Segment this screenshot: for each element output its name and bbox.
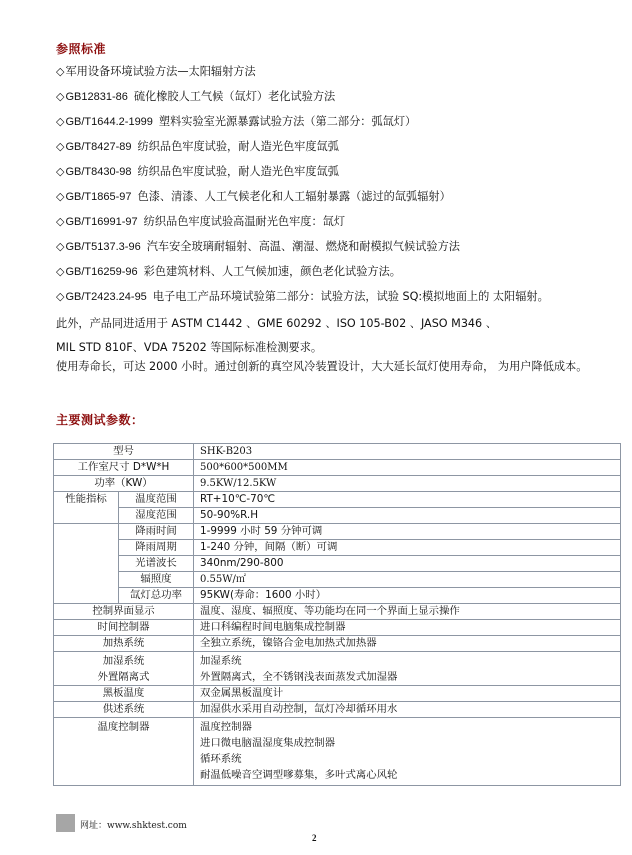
standard-text: 电子电工产品环境试验第二部分：试验方法，试验 SQ:模拟地面上的 太阳辐射。 xyxy=(153,290,549,303)
spec-value: 9.5KW/12.5KW xyxy=(194,476,621,492)
standard-item: ◇GB/T1865-97色漆、清漆、人工气候老化和人工辐射暴露（滤过的氙弧辐射） xyxy=(56,190,451,204)
spec-sublabel: 降雨周期 xyxy=(119,540,194,556)
table-row: 降雨周期 1-240 分钟，间隔（断）可调 xyxy=(54,540,621,556)
spec-sublabel: 降雨时间 xyxy=(119,524,194,540)
spec-value: 加湿系统 外置隔离式，全不锈钢浅表面蒸发式加湿器 xyxy=(194,652,621,686)
table-row: 性能指标 温度范围 RT+10℃-70℃ xyxy=(54,492,621,508)
spec-value-line: 循环系统 xyxy=(200,751,614,767)
table-row: 型号 SHK-B203 xyxy=(54,444,621,460)
spec-value: 50-90%R.H xyxy=(194,508,621,524)
spec-value: 温度控制器 进口微电脑温湿度集成控制器 循环系统 耐温低噪音空调型嗲募集，多叶式… xyxy=(194,718,621,786)
spec-value-line: 耐温低噪音空调型嗲募集，多叶式离心风轮 xyxy=(200,767,614,783)
table-row: 氙灯总功率 95KW(寿命：1600 小时） xyxy=(54,588,621,604)
standard-code: GB/T1644.2-1999 xyxy=(65,116,152,128)
diamond-bullet-icon: ◇ xyxy=(56,90,64,103)
standard-text: 军用设备环境试验方法—太阳辐射方法 xyxy=(65,65,255,78)
standard-code: GB/T2423.24-95 xyxy=(65,291,146,303)
standard-item: ◇GB12831-86硫化橡胶人工气候（氙灯）老化试验方法 xyxy=(56,90,335,104)
spec-label: 供述系统 xyxy=(54,702,194,718)
diamond-bullet-icon: ◇ xyxy=(56,215,64,228)
standard-code: GB/T1865-97 xyxy=(65,191,131,203)
table-row: 功率（KW） 9.5KW/12.5KW xyxy=(54,476,621,492)
spec-value: 全独立系统，镍铬合金电加热式加热器 xyxy=(194,636,621,652)
table-row: 湿度范围 50-90%R.H xyxy=(54,508,621,524)
standard-item: ◇军用设备环境试验方法—太阳辐射方法 xyxy=(56,65,256,79)
page-number: 2 xyxy=(312,833,317,843)
diamond-bullet-icon: ◇ xyxy=(56,115,64,128)
standard-item: ◇GB/T5137.3-96汽车安全玻璃耐辐射、高温、潮湿、燃烧和耐模拟气候试验… xyxy=(56,240,460,254)
table-row: 降雨时间 1-9999 小时 59 分钟可调 xyxy=(54,524,621,540)
section-heading-main-test-parameters: 主要测试参数： xyxy=(56,411,144,428)
diamond-bullet-icon: ◇ xyxy=(56,240,64,253)
spec-value: RT+10℃-70℃ xyxy=(194,492,621,508)
standard-text: 纺织品色牢度试验高温耐光色牢度：氙灯 xyxy=(144,215,345,228)
table-row: 时间控制器 进口科编程时间电脑集成控制器 xyxy=(54,620,621,636)
standard-text: 硫化橡胶人工气候（氙灯）老化试验方法 xyxy=(134,90,335,103)
standard-code: GB/T5137.3-96 xyxy=(65,241,140,253)
standard-text: 塑料实验室光源暴露试验方法（第二部分：弧氙灯） xyxy=(159,115,416,128)
spec-label: 工作室尺寸 D*W*H xyxy=(54,460,194,476)
diamond-bullet-icon: ◇ xyxy=(56,190,64,203)
spec-value: 340nm/290-800 xyxy=(194,556,621,572)
standard-text: 汽车安全玻璃耐辐射、高温、潮湿、燃烧和耐模拟气候试验方法 xyxy=(147,240,460,253)
table-row: 加热系统 全独立系统，镍铬合金电加热式加热器 xyxy=(54,636,621,652)
spec-label: 型号 xyxy=(54,444,194,460)
spec-value: 温度、湿度、辐照度、等功能均在同一个界面上显示操作 xyxy=(194,604,621,620)
spec-sublabel: 湿度范围 xyxy=(119,508,194,524)
spec-value-line: 进口微电脑温湿度集成控制器 xyxy=(200,735,614,751)
standard-text: 纺织品色牢度试验，耐人造光色牢度氙弧 xyxy=(138,165,339,178)
spec-label-line: 加湿系统 xyxy=(60,653,187,669)
paragraph-line: 此外，产品同进适用于 ASTM C1442 、GME 60292 、ISO 10… xyxy=(56,317,497,331)
spec-value: 0.55W/㎡ xyxy=(194,572,621,588)
spec-value: 加湿供水采用自动控制，氙灯冷却循环用水 xyxy=(194,702,621,718)
paragraph-line: 使用寿命长，可达 2000 小时。通过创新的真空风冷装置设计，大大延长氙灯使用寿… xyxy=(56,360,587,374)
spec-value: SHK-B203 xyxy=(194,444,621,460)
table-row: 温度控制器 温度控制器 进口微电脑温湿度集成控制器 循环系统 耐温低噪音空调型嗲… xyxy=(54,718,621,786)
table-row: 供述系统 加湿供水采用自动控制，氙灯冷却循环用水 xyxy=(54,702,621,718)
standard-item: ◇GB/T16991-97纺织品色牢度试验高温耐光色牢度：氙灯 xyxy=(56,215,345,229)
standard-code: GB/T8430-98 xyxy=(65,166,131,178)
standard-item: ◇GB/T8430-98纺织品色牢度试验，耐人造光色牢度氙弧 xyxy=(56,165,339,179)
section-heading-reference-standards: 参照标准 xyxy=(56,40,106,57)
diamond-bullet-icon: ◇ xyxy=(56,265,64,278)
spec-value: 1-240 分钟，间隔（断）可调 xyxy=(194,540,621,556)
spec-table: 型号 SHK-B203 工作室尺寸 D*W*H 500*600*500MM 功率… xyxy=(53,443,621,786)
table-row: 光谱波长 340nm/290-800 xyxy=(54,556,621,572)
table-row: 控制界面显示 温度、湿度、辐照度、等功能均在同一个界面上显示操作 xyxy=(54,604,621,620)
standard-item: ◇GB/T1644.2-1999塑料实验室光源暴露试验方法（第二部分：弧氙灯） xyxy=(56,115,416,129)
spec-value-line: 外置隔离式，全不锈钢浅表面蒸发式加湿器 xyxy=(200,669,614,685)
spec-sublabel: 光谱波长 xyxy=(119,556,194,572)
standard-item: ◇GB/T8427-89纺织品色牢度试验，耐人造光色牢度氙弧 xyxy=(56,140,339,154)
spec-label: 控制界面显示 xyxy=(54,604,194,620)
spec-label: 加湿系统 外置隔离式 xyxy=(54,652,194,686)
diamond-bullet-icon: ◇ xyxy=(56,165,64,178)
table-row: 加湿系统 外置隔离式 加湿系统 外置隔离式，全不锈钢浅表面蒸发式加湿器 xyxy=(54,652,621,686)
standard-code: GB/T16991-97 xyxy=(65,216,137,228)
spec-label: 时间控制器 xyxy=(54,620,194,636)
spec-sublabel: 温度范围 xyxy=(119,492,194,508)
spec-value: 1-9999 小时 59 分钟可调 xyxy=(194,524,621,540)
spec-value: 500*600*500MM xyxy=(194,460,621,476)
footer-website-url: 网址：www.shktest.com xyxy=(80,818,187,831)
spec-group-label: 性能指标 xyxy=(54,492,119,524)
table-row: 黑板温度 双金属黑板温度计 xyxy=(54,686,621,702)
spec-sublabel: 氙灯总功率 xyxy=(119,588,194,604)
standard-text: 色漆、清漆、人工气候老化和人工辐射暴露（滤过的氙弧辐射） xyxy=(138,190,451,203)
standard-text: 彩色建筑材料、人工气候加速，颜色老化试验方法。 xyxy=(144,265,401,278)
footer-logo-box xyxy=(56,814,75,832)
standard-item: ◇GB/T16259-96彩色建筑材料、人工气候加速，颜色老化试验方法。 xyxy=(56,265,401,279)
spec-value-line: 温度控制器 xyxy=(200,719,614,735)
spec-sublabel: 辐照度 xyxy=(119,572,194,588)
spec-value-line: 加湿系统 xyxy=(200,653,614,669)
paragraph-line: MIL STD 810F、VDA 75202 等国际标准检测要求。 xyxy=(56,341,322,355)
diamond-bullet-icon: ◇ xyxy=(56,65,64,78)
table-row: 工作室尺寸 D*W*H 500*600*500MM xyxy=(54,460,621,476)
spec-value: 95KW(寿命：1600 小时） xyxy=(194,588,621,604)
spec-value: 双金属黑板温度计 xyxy=(194,686,621,702)
spec-label-line: 外置隔离式 xyxy=(60,669,187,685)
spec-value: 进口科编程时间电脑集成控制器 xyxy=(194,620,621,636)
standard-code: GB/T8427-89 xyxy=(65,141,131,153)
standard-item: ◇GB/T2423.24-95电子电工产品环境试验第二部分：试验方法，试验 SQ… xyxy=(56,290,549,304)
spec-group-empty xyxy=(54,524,119,604)
standard-code: GB12831-86 xyxy=(65,91,127,103)
diamond-bullet-icon: ◇ xyxy=(56,140,64,153)
spec-label: 加热系统 xyxy=(54,636,194,652)
spec-label: 温度控制器 xyxy=(54,718,194,786)
standard-code: GB/T16259-96 xyxy=(65,266,137,278)
spec-label: 黑板温度 xyxy=(54,686,194,702)
standard-text: 纺织品色牢度试验，耐人造光色牢度氙弧 xyxy=(138,140,339,153)
spec-label: 功率（KW） xyxy=(54,476,194,492)
table-row: 辐照度 0.55W/㎡ xyxy=(54,572,621,588)
diamond-bullet-icon: ◇ xyxy=(56,290,64,303)
